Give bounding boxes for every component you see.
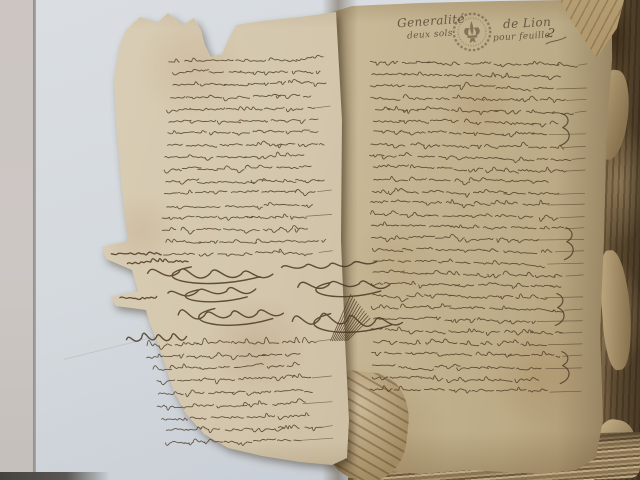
left-page [0, 0, 640, 480]
left-page-wrap [0, 0, 640, 480]
photo-of-manuscript: Generalité de Lion deux sols pour feuill… [0, 0, 640, 480]
